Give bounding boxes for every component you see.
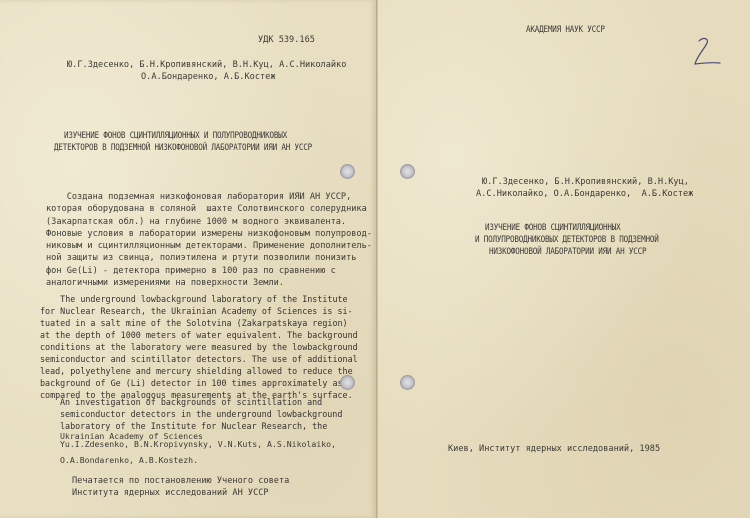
imprint-line-1: Печатается по постановлению Ученого сове… <box>72 477 289 486</box>
abstract-russian: Создана подземная низкофоновая лаборатор… <box>46 191 372 289</box>
publisher-imprint: Киев, Институт ядерных исследований, 198… <box>448 445 660 454</box>
left-page: УДК 539.165 Ю.Г.Здесенко, Б.Н.Кропивянск… <box>0 0 377 518</box>
abstract-ru-line: никовым и сцинтилляционным детекторами. … <box>46 240 372 252</box>
title-line-2: ДЕТЕКТОРОВ В ПОДЗЕМНОЙ НИЗКОФОНОВОЙ ЛАБО… <box>54 143 312 152</box>
abstract-ru-line: фон Ge(Li) - детектора примерно в 100 ра… <box>46 265 372 277</box>
right-title-line-2: И ПОЛУПРОВОДНИКОВЫХ ДЕТЕКТОРОВ В ПОДЗЕМН… <box>475 235 659 244</box>
english-title-line: semiconductor detectors in the undergrou… <box>60 408 342 420</box>
binding-hole-icon <box>340 164 355 179</box>
abstract-en-line: for Nuclear Research, the Ukrainian Acad… <box>40 305 358 317</box>
binding-hole-icon <box>400 375 415 390</box>
abstract-ru-line: ной защиты из свинца, полиэтилена и ртут… <box>46 252 372 264</box>
abstract-ru-line: которая оборудована в соляной шахте Соло… <box>46 203 372 215</box>
handwritten-page-number-icon <box>693 36 723 68</box>
english-title-line: An investigation of backgrounds of scint… <box>60 396 342 408</box>
abstract-en-line: at the depth of 1000 meters of water equ… <box>40 329 358 341</box>
title-line-1: ИЗУЧЕНИЕ ФОНОВ СЦИНТИЛЛЯЦИОННЫХ И ПОЛУПР… <box>64 131 287 140</box>
academy-heading: АКАДЕМИЯ НАУК УССР <box>526 25 605 34</box>
right-page: АКАДЕМИЯ НАУК УССР Ю.Г.Здесенко, Б.Н.Кро… <box>377 0 750 518</box>
abstract-ru-line: аналогичными измерениями на поверхности … <box>46 277 372 289</box>
abstract-en-line: tuated in a salt mine of the Solotvina (… <box>40 317 358 329</box>
abstract-en-line: lead, polyethylene and mercury shielding… <box>40 365 358 377</box>
right-title-line-1: ИЗУЧЕНИЕ ФОНОВ СЦИНТИЛЛЯЦИОННЫХ <box>485 223 621 232</box>
authors-line-1: Ю.Г.Здесенко, Б.Н.Кропивянский, В.Н.Куц,… <box>67 61 346 70</box>
imprint-line-2: Института ядерных исследований АН УССР <box>72 489 269 498</box>
authors-line-2: О.А.Бондаренко, А.Б.Костеж <box>141 73 276 82</box>
right-authors-line-1: Ю.Г.Здесенко, Б.Н.Кропивянский, В.Н.Куц, <box>482 178 689 187</box>
binding-hole-icon <box>400 164 415 179</box>
abstract-en-line: The underground lowbackground laboratory… <box>40 293 358 305</box>
right-authors-line-2: А.С.Николайко, О.А.Бондаренко, А.Б.Косте… <box>476 190 693 199</box>
english-authors-line-2: O.A.Bondarenko, A.B.Kostezh. <box>60 456 198 464</box>
abstract-en-line: conditions at the laboratory were measur… <box>40 341 358 353</box>
english-title-block: An investigation of backgrounds of scint… <box>60 396 342 432</box>
udc-code: УДК 539.165 <box>258 36 315 45</box>
abstract-ru-line: Создана подземная низкофоновая лаборатор… <box>46 191 372 203</box>
document-spread: УДК 539.165 Ю.Г.Здесенко, Б.Н.Кропивянск… <box>0 0 750 518</box>
abstract-en-line: semiconductor and scintillator detectors… <box>40 353 358 365</box>
abstract-ru-line: (Закарпатская обл.) на глубине 1000 м во… <box>46 216 372 228</box>
english-authors-line-1: Yu.I.Zdesenko, B.N.Kropivynsky, V.N.Kuts… <box>60 440 336 448</box>
abstract-english: The underground lowbackground laboratory… <box>40 293 358 401</box>
binding-hole-icon <box>340 375 355 390</box>
abstract-ru-line: Фоновые условия в лаборатории измерены н… <box>46 228 372 240</box>
abstract-en-line: background of Ge (Li) detector in 100 ti… <box>40 377 358 389</box>
right-title-line-3: НИЗКОФОНОВОЙ ЛАБОРАТОРИИ ИЯИ АН УССР <box>489 247 646 256</box>
